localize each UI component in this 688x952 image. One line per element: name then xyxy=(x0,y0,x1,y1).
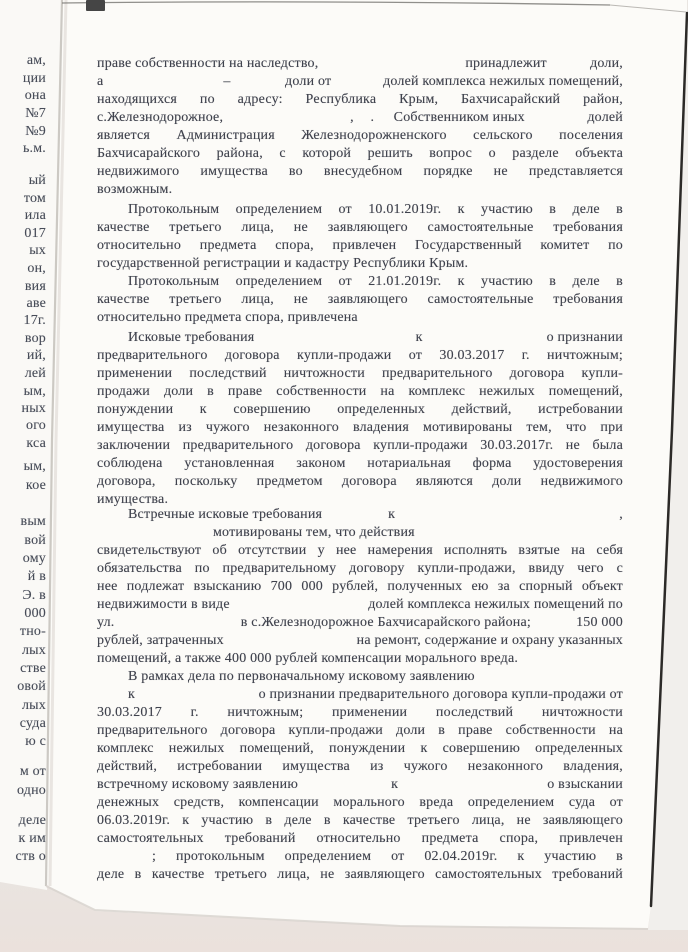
margin-fragment: ым, xyxy=(0,459,46,474)
text-line: В рамках дела по первоначальному исковом… xyxy=(97,668,623,686)
margin-fragment: Э. в xyxy=(0,588,46,603)
text-line: свидетельствуют об отсутствии у нее наме… xyxy=(97,542,623,560)
text-line: самостоятельных требований относительно … xyxy=(97,830,623,848)
text-segment: доли, xyxy=(590,55,623,73)
margin-fragment: й в xyxy=(0,569,46,584)
margin-fragment: том xyxy=(0,191,46,206)
margin-fragment: вор xyxy=(0,331,46,346)
text-segment: к xyxy=(391,776,398,794)
text-line: рублей, затраченныхна ремонт, содержание… xyxy=(97,632,623,650)
margin-fragment: м от xyxy=(0,764,46,779)
text-line: Бахчисарайского района, с которой решить… xyxy=(97,145,623,163)
text-line: понуждении к совершению определенных дей… xyxy=(97,401,623,419)
text-segment: принадлежит xyxy=(465,55,547,73)
margin-fragment: ий, xyxy=(0,348,46,363)
text-line: помещений, а также 400 000 рублей компен… xyxy=(97,650,623,668)
margin-fragment: ого xyxy=(0,418,46,433)
text-segment: ул. xyxy=(97,614,114,632)
margin-fragment: ции xyxy=(0,71,46,86)
text-segment: , xyxy=(619,506,623,524)
margin-fragment: овой xyxy=(0,679,46,694)
text-line: денежных средств, компенсации морального… xyxy=(97,794,623,812)
margin-fragment: она xyxy=(0,88,46,103)
text-line: договора, поскольку предметом договора я… xyxy=(97,473,623,491)
text-segment: к xyxy=(416,329,423,347)
margin-fragment: суда xyxy=(0,716,46,731)
text-line: качестве третьего лица, не заявляющего с… xyxy=(97,291,623,309)
text-line: деле в качестве третьего лица, не заявля… xyxy=(97,866,623,884)
text-segment: Встречные исковые требования xyxy=(128,506,322,524)
margin-fragment: ым, xyxy=(0,384,46,399)
text-line: праве собственности на наследство,принад… xyxy=(97,55,623,73)
margin-fragment: ила xyxy=(0,208,46,223)
margin-fragment: №9 xyxy=(0,124,46,139)
margin-fragment: ств о xyxy=(0,849,46,864)
text-line: применении последствий ничтожности предв… xyxy=(97,365,623,383)
text-segment: встречному исковому заявлению xyxy=(97,776,298,794)
text-line: является Администрация Железнодорожненск… xyxy=(97,127,623,145)
text-segment: долей комплекса нежилых помещений, xyxy=(383,73,623,91)
text-line: государственной регистрации и кадастру Р… xyxy=(97,255,623,273)
margin-fragment: ь.м. xyxy=(0,141,46,156)
text-line: встречному исковому заявлениюко взыскани… xyxy=(97,776,623,794)
text-line: соблюдена установленная законом нотариал… xyxy=(97,455,623,473)
margin-fragment: аве xyxy=(0,296,46,311)
scanned-court-document: ам,цииона№7№9ь.м.ыйтомила017ыхон,вияаве1… xyxy=(0,0,688,952)
text-line: обязательства по предварительному догово… xyxy=(97,560,623,578)
text-segment: о признании xyxy=(547,329,623,347)
text-segment: рублей, затраченных xyxy=(97,632,224,650)
margin-fragment: ных xyxy=(0,401,46,416)
text-segment: ; протокольным определением от 02.04.201… xyxy=(152,848,623,866)
text-line: 30.03.2017 г. ничтожным; применении посл… xyxy=(97,704,623,722)
text-line: имущества из чужого незаконного владения… xyxy=(97,419,623,437)
text-line: продажи доли в праве собственности на ко… xyxy=(97,383,623,401)
margin-fragment: 000 xyxy=(0,606,46,621)
text-segment: о признании предварительного договора ку… xyxy=(259,686,623,704)
text-line: с.Железнодорожное,,.Собственником иныхдо… xyxy=(97,109,623,127)
margin-fragment: №7 xyxy=(0,106,46,121)
text-segment: – xyxy=(223,73,230,91)
left-strip-fragments: ам,цииона№7№9ь.м.ыйтомила017ыхон,вияаве1… xyxy=(0,0,47,952)
margin-fragment: 17г. xyxy=(0,313,46,328)
margin-fragment: ых xyxy=(0,243,46,258)
text-line: Исковые требованияко признании xyxy=(97,329,623,347)
margin-fragment: тно- xyxy=(0,624,46,639)
margin-fragment: лых xyxy=(0,698,46,713)
margin-fragment: он, xyxy=(0,261,46,276)
margin-fragment: вия xyxy=(0,279,46,294)
text-line: ко признании предварительного договора к… xyxy=(97,686,623,704)
text-line: качестве третьего лица, не заявляющего с… xyxy=(97,219,623,237)
margin-fragment: ю с xyxy=(0,734,46,749)
text-segment: Исковые требования xyxy=(128,329,254,347)
text-line: комплекс нежилых помещений, понуждении к… xyxy=(97,740,623,758)
text-segment: долей комплекса нежилых помещений по xyxy=(368,596,623,614)
text-line: Встречные исковые требованияк, xyxy=(97,506,623,524)
margin-fragment: лых xyxy=(0,643,46,658)
margin-fragment: стве xyxy=(0,661,46,676)
text-segment: Собственником иных xyxy=(394,109,525,127)
text-line: Протокольным определением от 10.01.2019г… xyxy=(97,201,623,219)
text-line: а–доли отдолей комплекса нежилых помещен… xyxy=(97,73,623,91)
text-line: мотивированы тем, что действия xyxy=(97,524,623,542)
text-segment: о взыскании xyxy=(547,776,623,794)
margin-fragment: лей xyxy=(0,366,46,381)
text-segment: а xyxy=(97,73,103,91)
text-line: предварительного договора купли-продажи … xyxy=(97,722,623,740)
text-segment: недвижимости в виде xyxy=(97,596,230,614)
text-line: относительно предмета спора, привлечен Г… xyxy=(97,237,623,255)
text-line: относительно предмета спора, привлечена xyxy=(97,309,623,327)
margin-fragment: вой xyxy=(0,533,46,548)
margin-fragment: ам, xyxy=(0,53,46,68)
text-line: заключении предварительного договора куп… xyxy=(97,437,623,455)
margin-fragment: деле xyxy=(0,813,46,828)
text-segment: к xyxy=(128,686,135,704)
margin-fragment: ый xyxy=(0,173,46,188)
text-segment: праве собственности на наследство, xyxy=(97,55,318,73)
text-segment: доли от xyxy=(285,73,331,91)
text-line: ; протокольным определением от 02.04.201… xyxy=(97,848,623,866)
text-segment: на ремонт, содержание и охрану указанных xyxy=(357,632,623,650)
text-segment: с.Железнодорожное, xyxy=(97,109,223,127)
text-segment: к xyxy=(388,506,395,524)
document-text: праве собственности на наследство,принад… xyxy=(97,0,623,952)
text-segment: 150 000 xyxy=(576,614,623,632)
text-line: возможным. xyxy=(97,181,623,199)
text-line: ул.в с.Железнодорожное Бахчисарайского р… xyxy=(97,614,623,632)
margin-fragment: к им xyxy=(0,831,46,846)
text-segment: . xyxy=(370,109,374,127)
text-line: недвижимого имущества во внесудебном пор… xyxy=(97,163,623,181)
margin-fragment: ому xyxy=(0,551,46,566)
text-line: 06.03.2019г. к участию в деле в качестве… xyxy=(97,812,623,830)
text-segment: долей xyxy=(587,109,623,127)
text-line: находящихся по адресу: Республика Крым, … xyxy=(97,91,623,109)
text-line: нее подлежат взысканию 700 000 рублей, п… xyxy=(97,578,623,596)
text-line: Протокольным определением от 21.01.2019г… xyxy=(97,273,623,291)
margin-fragment: кса xyxy=(0,436,46,451)
text-line: предварительного договора купли-продажи … xyxy=(97,347,623,365)
margin-fragment: кое xyxy=(0,478,46,493)
margin-fragment: 017 xyxy=(0,226,46,241)
text-segment: в с.Железнодорожное Бахчисарайского райо… xyxy=(241,614,531,632)
text-line: действий, истребовании имущества из чужо… xyxy=(97,758,623,776)
margin-fragment: вым xyxy=(0,514,46,529)
margin-fragment: одно xyxy=(0,783,46,798)
text-line: недвижимости в видедолей комплекса нежил… xyxy=(97,596,623,614)
text-segment: , xyxy=(350,109,354,127)
